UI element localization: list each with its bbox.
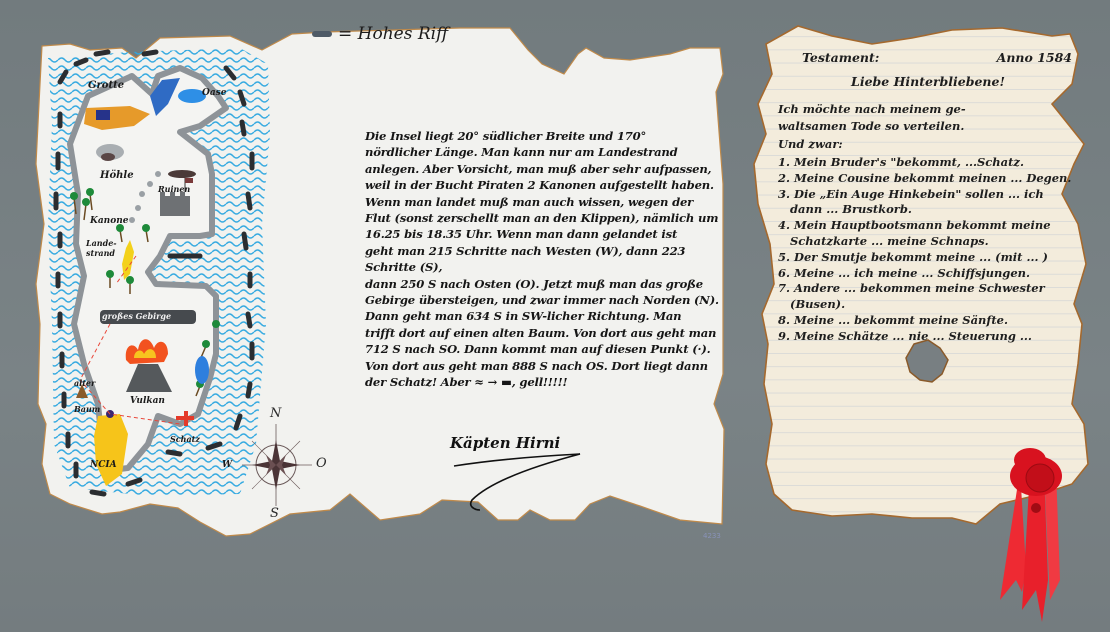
compass-east-label: O [316, 456, 327, 471]
bequest-item: 8. Meine ... bekommt meine Sänfte. [778, 313, 1078, 329]
letter-date: Anno 1584 [997, 50, 1072, 66]
instruction-line: anlegen. Aber Vorsicht, man muß aber seh… [365, 161, 725, 177]
instruction-line: Gebirge übersteigen, und zwar immer nach… [365, 292, 725, 308]
map-label-landestrand: Lande-strand [86, 238, 126, 258]
catalog-number: 4233 [703, 532, 721, 540]
bequest-item: 1. Mein Bruder's "bekommt, ...Schatz. [778, 155, 1078, 171]
compass-south-label: S [270, 506, 279, 521]
bequest-item: 4. Mein Hauptbootsmann bekommt meine Sch… [778, 218, 1078, 250]
letter-header: Testament: Anno 1584 [778, 50, 1078, 66]
bequest-item: 2. Meine Cousine bekommt meinen ... Dege… [778, 171, 1078, 187]
letter-intro-line: Ich möchte nach meinem ge- [778, 102, 1078, 118]
map-label-alter-baum: alter Baum [74, 370, 100, 422]
signature-flourish [452, 452, 582, 512]
testament-text: Testament: Anno 1584 Liebe Hinterblieben… [778, 50, 1078, 345]
letter-intro-line: waltsamen Tode so verteilen. [778, 119, 1078, 135]
instruction-line: 16.25 bis 18.35 Uhr. Wenn man dann gelan… [365, 226, 725, 242]
compass-rose: N O S [238, 410, 318, 520]
map-label-kanone: Kanone [90, 216, 128, 226]
treasure-instructions: Die Insel liegt 20° südlicher Breite und… [365, 128, 725, 391]
letter-intro-line: Und zwar: [778, 137, 1078, 153]
instruction-line: Wenn man landet muß man auch wissen, weg… [365, 194, 725, 210]
instruction-line: weil in der Bucht Piraten 2 Kanonen aufg… [365, 177, 725, 193]
letter-greeting: Liebe Hinterbliebene! [778, 74, 1078, 90]
instruction-line: dann 250 S nach Osten (O). Jetzt muß man… [365, 276, 725, 292]
reef-swatch-icon [312, 31, 332, 37]
instruction-line: Von dort aus geht man 888 S nach OS. Dor… [365, 358, 725, 374]
captain-signature: Käpten Hirni [450, 434, 560, 452]
letter-title: Testament: [802, 50, 879, 66]
instruction-line: Flut (sonst zerschellt man an den Klippe… [365, 210, 725, 226]
bequest-item: 7. Andere ... bekommen meine Schwester (… [778, 281, 1078, 313]
compass-rose-icon [238, 410, 318, 520]
map-label-ruinen: Ruinen [158, 184, 190, 194]
bequest-item: 3. Die „Ein Auge Hinkebein" sollen ... i… [778, 187, 1078, 219]
instruction-line: 712 S nach SO. Dann kommt man auf diesen… [365, 341, 725, 357]
compass-north-label: N [270, 406, 281, 421]
map-legend: = Hohes Riff [312, 24, 448, 44]
instruction-line: trifft dort auf einen alten Baum. Von do… [365, 325, 725, 341]
map-label-schatz: Schatz [170, 434, 200, 444]
map-label-settlement: NCIA [90, 460, 117, 470]
map-label-hoehle: Höhle [100, 170, 134, 181]
instruction-line: Die Insel liegt 20° südlicher Breite und… [365, 128, 725, 144]
bequest-item: 9. Meine Schätze ... nie ... Steuerung .… [778, 329, 1078, 345]
map-label-grotte: Grotte [88, 80, 124, 91]
wax-seal-with-ribbon [990, 440, 1070, 630]
map-label-vulkan: Vulkan [130, 396, 165, 406]
map-label-gebirge: großes Gebirge [102, 311, 171, 321]
bequest-item: 5. Der Smutje bekommt meine ... (mit ...… [778, 250, 1078, 266]
legend-text: = Hohes Riff [338, 24, 448, 44]
instruction-line: nördlicher Länge. Man kann nur am Landes… [365, 144, 725, 160]
bequest-item: 6. Meine ... ich meine ... Schiffsjungen… [778, 266, 1078, 282]
map-label-riff-mark: W [222, 460, 232, 470]
map-label-oase: Oase [202, 88, 226, 98]
instruction-line: geht man 215 Schritte nach Westen (W), d… [365, 243, 725, 276]
instruction-line: Dann geht man 634 S in SW-licher Richtun… [365, 308, 725, 324]
instruction-line: der Schatz! Aber ≈ → ▬, gell!!!!! [365, 374, 725, 390]
